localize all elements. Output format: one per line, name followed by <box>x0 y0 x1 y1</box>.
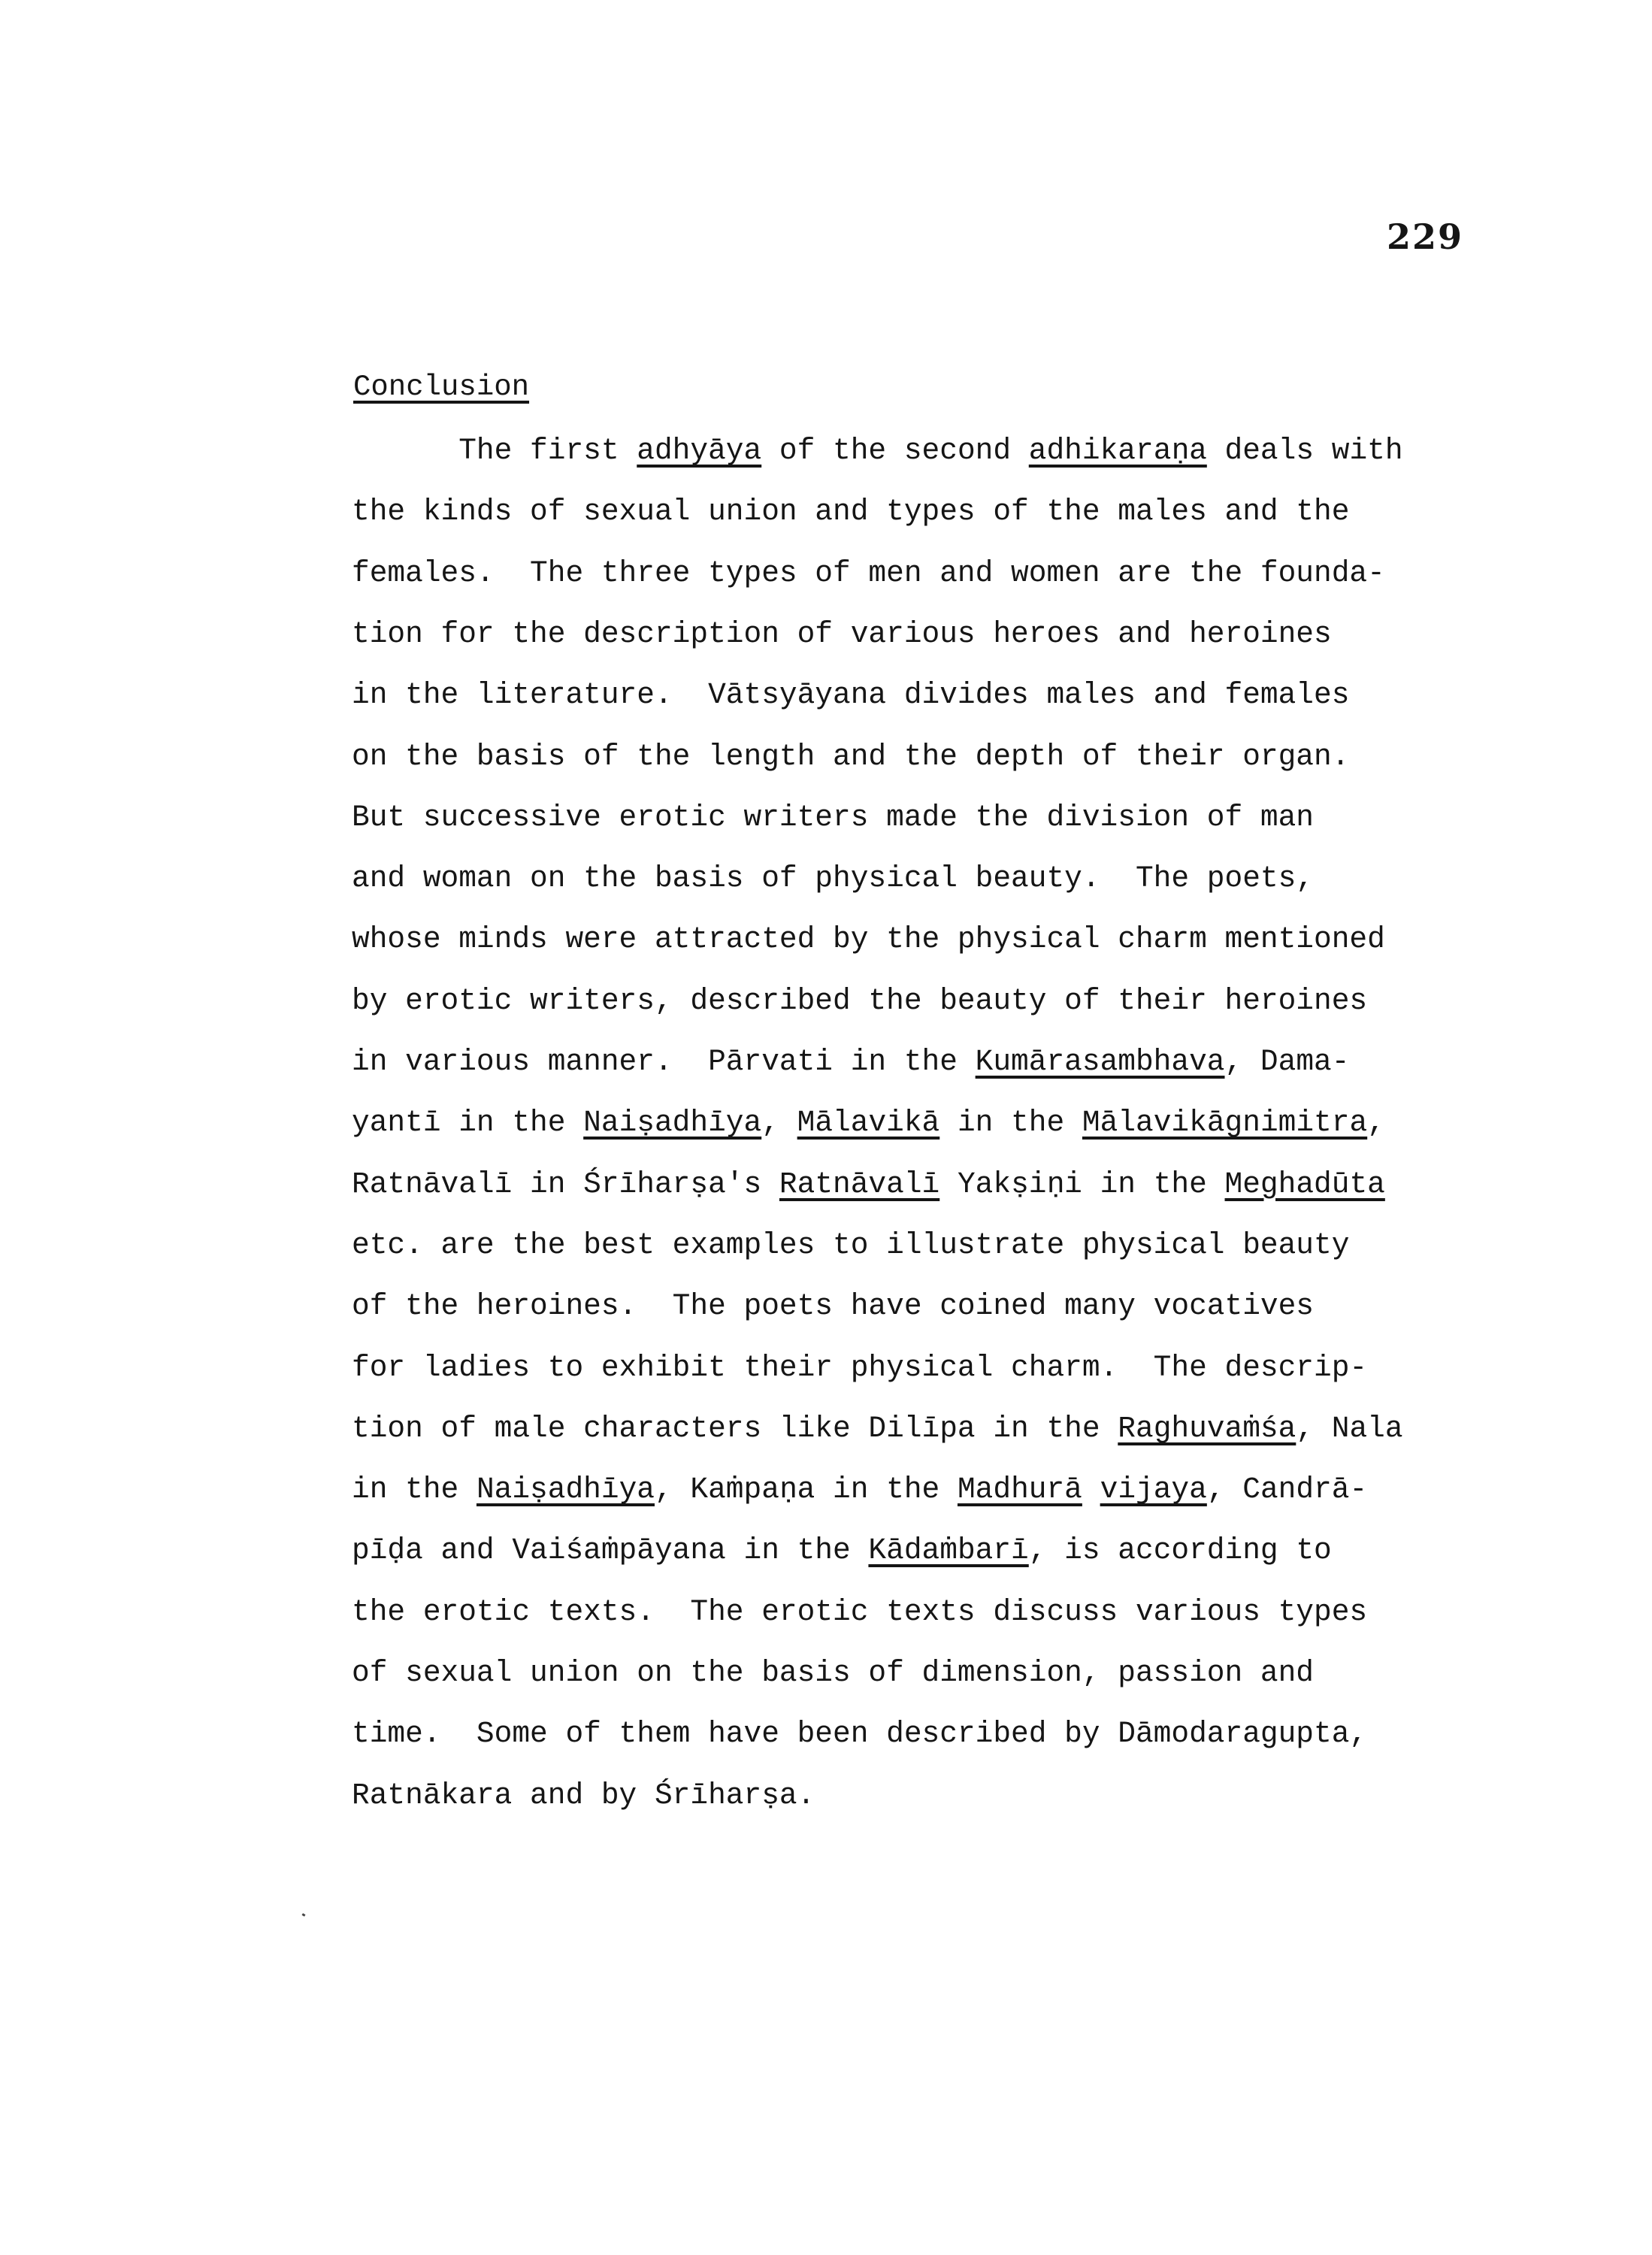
document-page: 229 Conclusion The first adhyāya of the … <box>0 0 1652 2255</box>
text-run: females. The three types of men and wome… <box>352 556 1385 590</box>
underlined-title: Meghadūta <box>1225 1167 1385 1201</box>
text-run: , is according to <box>1029 1533 1332 1567</box>
text-line: tion of male characters like Dilīpa in t… <box>352 1414 1403 1444</box>
text-line: Ratnākara and by Śrīharṣa. <box>352 1781 815 1811</box>
text-run: whose minds were attracted by the physic… <box>352 922 1385 956</box>
text-run: of the heroines. The poets have coined m… <box>352 1289 1314 1323</box>
text-line: in the literature. Vātsyāyana divides ma… <box>352 680 1349 710</box>
text-run: in the <box>939 1106 1082 1140</box>
text-line: the kinds of sexual union and types of t… <box>352 497 1349 527</box>
text-line: by erotic writers, described the beauty … <box>352 986 1367 1016</box>
underlined-title: adhyāya <box>637 434 761 468</box>
text-run: deals with <box>1207 434 1403 468</box>
text-run: in the <box>352 1473 477 1506</box>
text-run <box>1082 1473 1100 1506</box>
text-line: tion for the description of various hero… <box>352 619 1332 649</box>
text-run: etc. are the best examples to illustrate… <box>352 1228 1349 1262</box>
underlined-title: Naiṣadhīya <box>477 1473 655 1506</box>
underlined-title: Naiṣadhīya <box>583 1106 761 1140</box>
text-run: But successive erotic writers made the d… <box>352 801 1314 834</box>
text-run: and woman on the basis of physical beaut… <box>352 861 1314 895</box>
text-run: , <box>1367 1106 1385 1140</box>
text-line: of sexual union on the basis of dimensio… <box>352 1658 1314 1688</box>
text-run: the kinds of sexual union and types of t… <box>352 495 1349 528</box>
underlined-title: Raghuvaṁśa <box>1118 1412 1296 1445</box>
underlined-title: vijaya <box>1100 1473 1207 1506</box>
underlined-title: adhikaraṇa <box>1029 434 1207 468</box>
text-run: tion for the description of various hero… <box>352 617 1332 651</box>
text-line: whose minds were attracted by the physic… <box>352 925 1385 955</box>
text-run: , Kaṁpaṇa in the <box>655 1473 958 1506</box>
text-run: by erotic writers, described the beauty … <box>352 984 1367 1018</box>
text-line: in the Naiṣadhīya, Kaṁpaṇa in the Madhur… <box>352 1475 1367 1505</box>
text-run: , Nala <box>1296 1412 1402 1445</box>
text-run: , Candrā- <box>1207 1473 1367 1506</box>
text-run: for ladies to exhibit their physical cha… <box>352 1351 1367 1385</box>
text-run: , <box>761 1106 797 1140</box>
underlined-title: Madhurā <box>958 1473 1082 1506</box>
section-heading: Conclusion <box>353 371 529 404</box>
text-run: Ratnāvalī in Śrīharṣa's <box>352 1167 779 1201</box>
text-run: time. Some of them have been described b… <box>352 1717 1367 1751</box>
text-line: But successive erotic writers made the d… <box>352 803 1314 833</box>
text-line: and woman on the basis of physical beaut… <box>352 864 1314 894</box>
underlined-title: Kumārasambhava <box>976 1045 1225 1079</box>
text-run: pīḍa and Vaiśaṁpāyana in the <box>352 1533 868 1567</box>
text-run: Ratnākara and by Śrīharṣa. <box>352 1778 815 1812</box>
text-line: etc. are the best examples to illustrate… <box>352 1230 1349 1261</box>
text-line: of the heroines. The poets have coined m… <box>352 1291 1314 1321</box>
text-run: of the second <box>761 434 1029 468</box>
text-run: the erotic texts. The erotic texts discu… <box>352 1595 1367 1629</box>
text-run: of sexual union on the basis of dimensio… <box>352 1656 1314 1690</box>
text-line: Ratnāvalī in Śrīharṣa's Ratnāvalī Yakṣiṇ… <box>352 1170 1385 1200</box>
text-line: The first adhyāya of the second adhikara… <box>352 436 1403 466</box>
text-line: on the basis of the length and the depth… <box>352 742 1349 772</box>
underlined-title: Kādaṁbarī <box>868 1533 1028 1567</box>
text-run: Yakṣiṇi in the <box>939 1167 1224 1201</box>
scan-artifact <box>302 1913 306 1917</box>
text-line: in various manner. Pārvati in the Kumāra… <box>352 1047 1349 1077</box>
text-line: yantī in the Naiṣadhīya, Mālavikā in the… <box>352 1108 1385 1138</box>
underlined-title: Mālavikā <box>797 1106 940 1140</box>
text-line: for ladies to exhibit their physical cha… <box>352 1353 1367 1383</box>
page-number: 229 <box>1387 216 1463 257</box>
text-line: females. The three types of men and wome… <box>352 558 1385 589</box>
underlined-title: Mālavikāgnimitra <box>1082 1106 1367 1140</box>
text-line: time. Some of them have been described b… <box>352 1719 1367 1749</box>
text-line: pīḍa and Vaiśaṁpāyana in the Kādaṁbarī, … <box>352 1536 1332 1566</box>
text-run: The first <box>352 434 637 468</box>
text-run: in the literature. Vātsyāyana divides ma… <box>352 678 1349 712</box>
text-run: in various manner. Pārvati in the <box>352 1045 976 1079</box>
text-line: the erotic texts. The erotic texts discu… <box>352 1597 1367 1627</box>
text-run: on the basis of the length and the depth… <box>352 740 1349 773</box>
text-run: yantī in the <box>352 1106 583 1140</box>
text-run: tion of male characters like Dilīpa in t… <box>352 1412 1118 1445</box>
underlined-title: Ratnāvalī <box>779 1167 939 1201</box>
text-run: , Dama- <box>1225 1045 1350 1079</box>
